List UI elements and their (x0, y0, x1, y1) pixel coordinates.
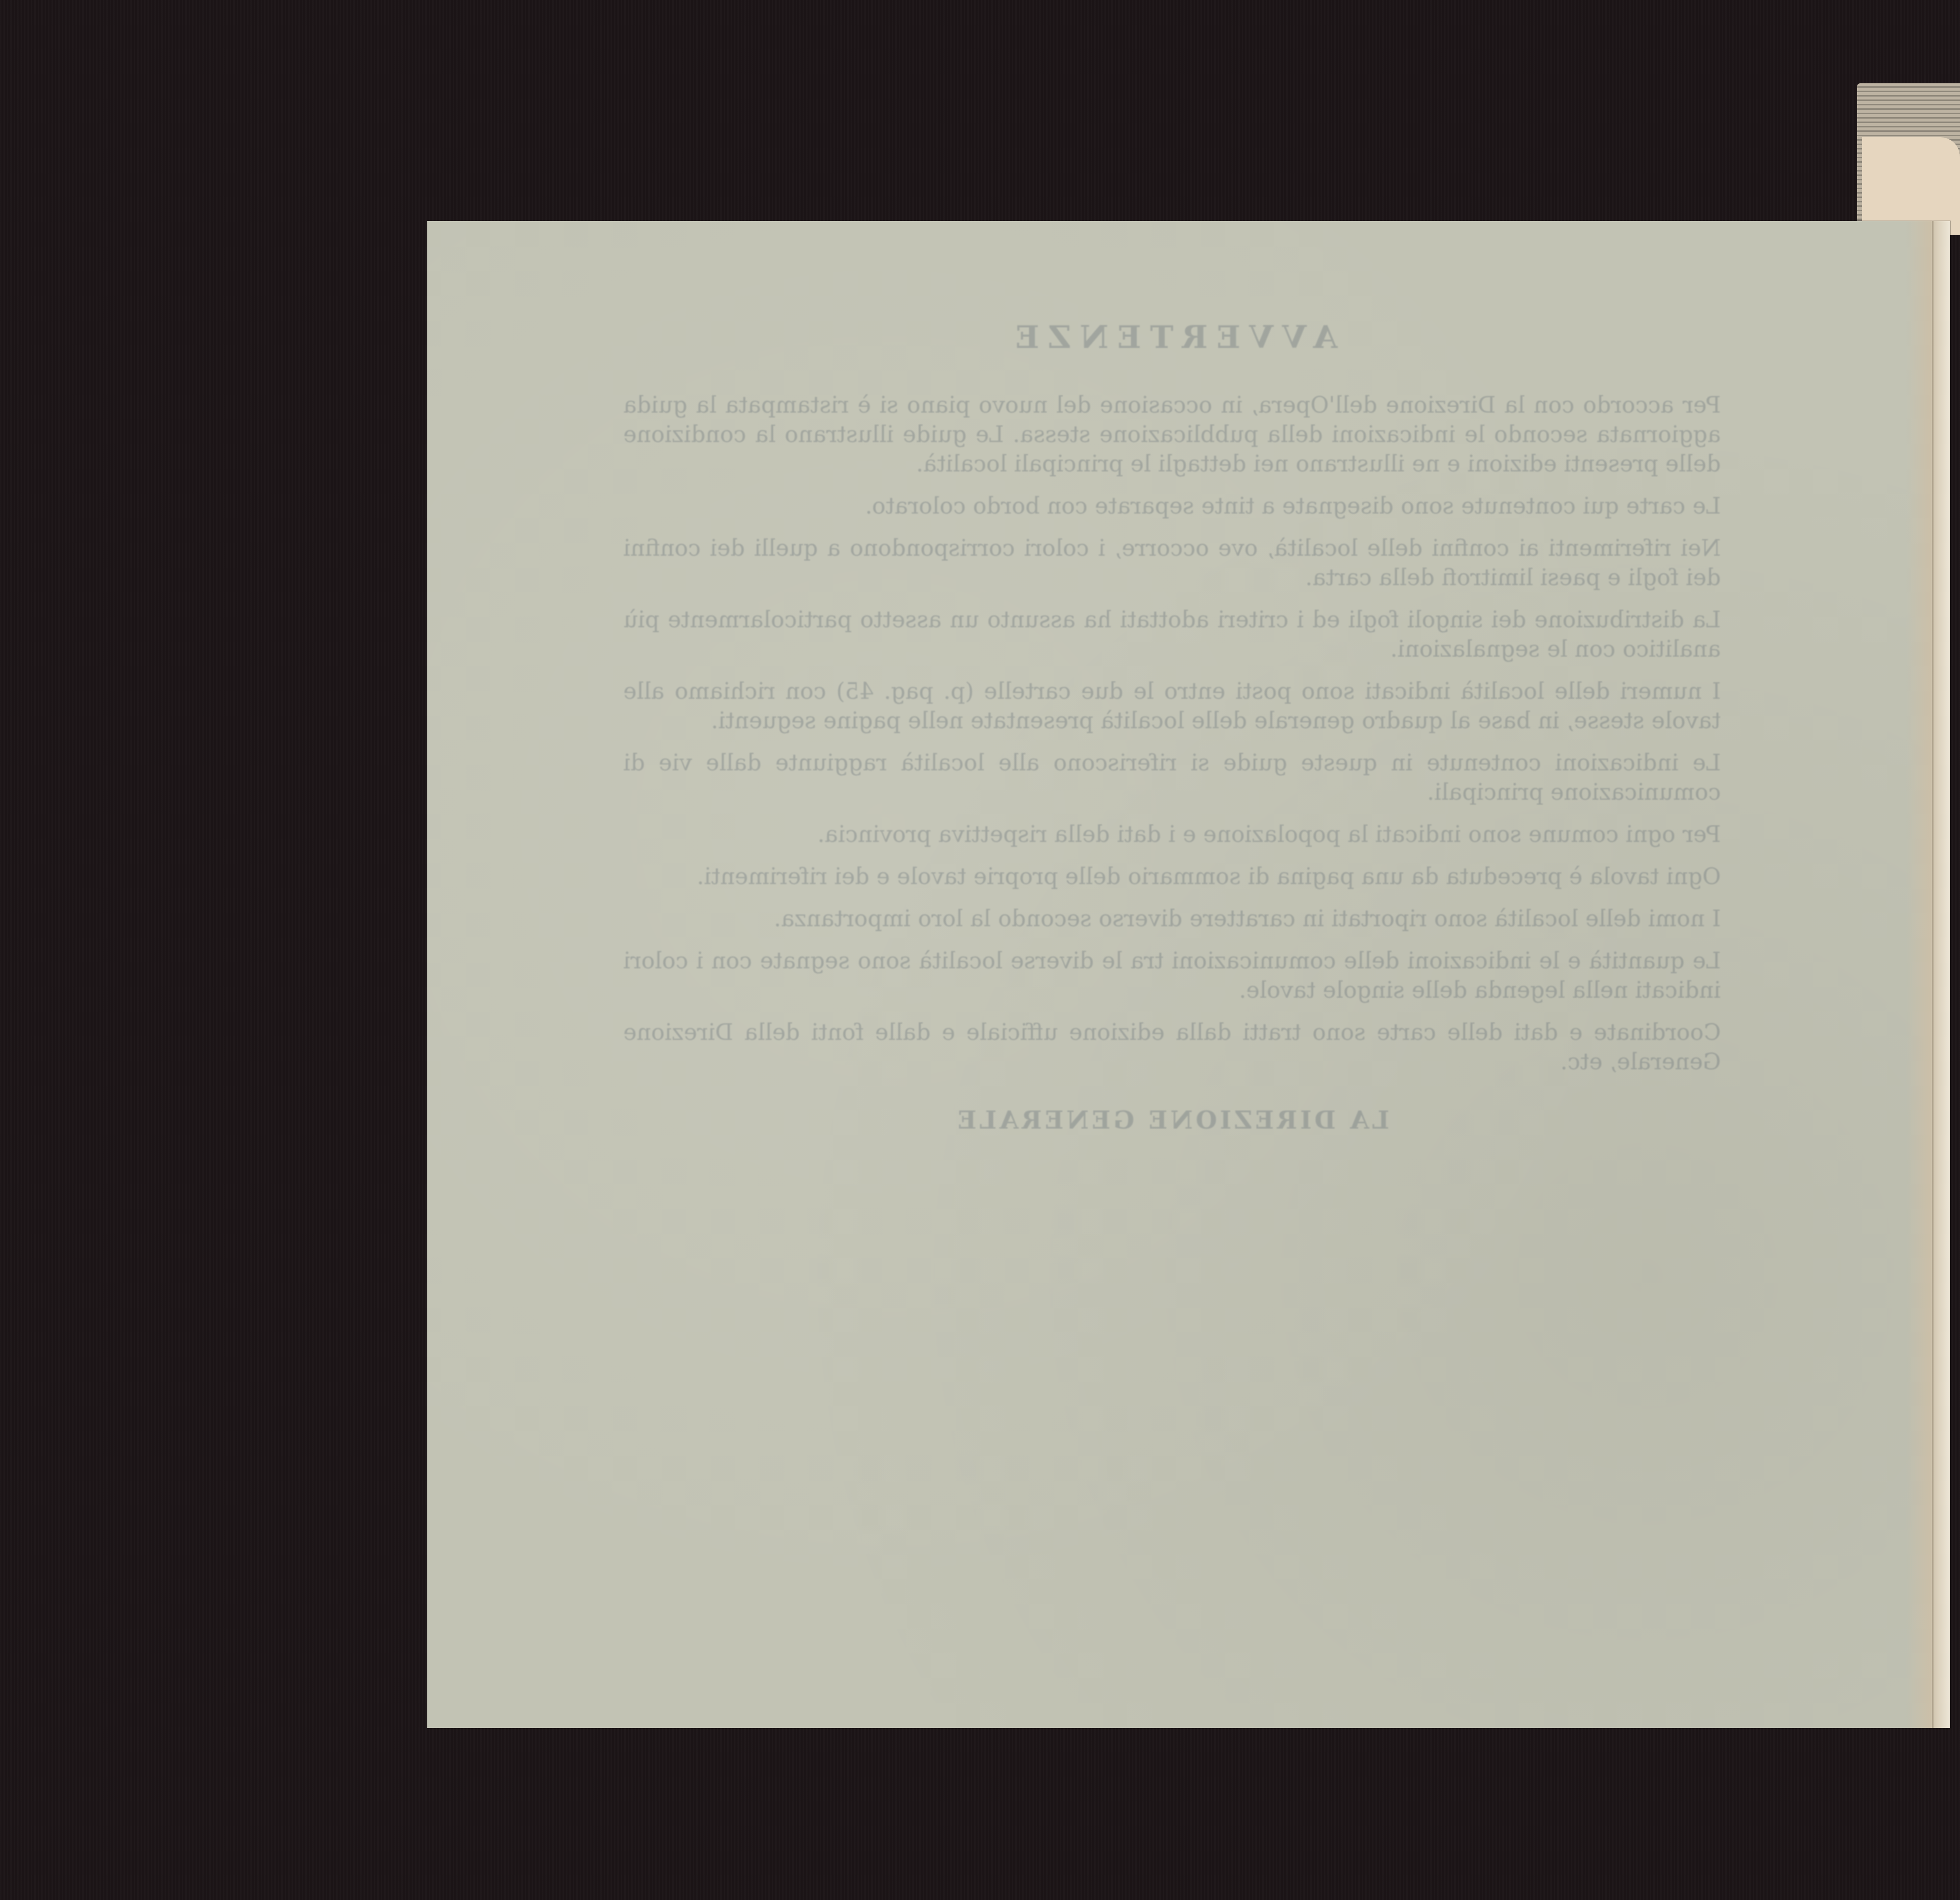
bleed-through-paragraph: I numeri delle località indicati sono po… (623, 676, 1721, 735)
blank-endpaper: AVVERTENZE Per accordo con la Direzione … (427, 221, 1950, 1728)
bleed-through-paragraph: Le carte qui contenute sono disegnate a … (623, 491, 1721, 520)
bleed-through-paragraph: La distribuzione dei singoli fogli ed i … (623, 605, 1721, 664)
bleed-through-paragraph: Coordinate e dati delle carte sono tratt… (623, 1017, 1721, 1076)
bleed-through-paragraph: Le quantità e le indicazioni delle comun… (623, 946, 1721, 1005)
page-edge-line (1932, 221, 1934, 1728)
back-page-corner (1862, 137, 1960, 235)
bleed-through-title: AVVERTENZE (623, 319, 1721, 356)
bleed-through-paragraph: I nomi delle località sono riportati in … (623, 904, 1721, 933)
bleed-through-paragraph: Le indicazioni contenute in queste guide… (623, 748, 1721, 807)
bleed-through-paragraph: Per accordo con la Direzione dell'Opera,… (623, 390, 1721, 478)
bleed-through-paragraph: Per ogni comune sono indicati la popolaz… (623, 819, 1721, 849)
bleed-through-paragraph: Ogni tavola è preceduta da una pagina di… (623, 862, 1721, 891)
bleed-through-signature: LA DIREZIONE GENERALE (623, 1106, 1721, 1135)
bleed-through-paragraph: Nei riferimenti ai confini delle localit… (623, 533, 1721, 592)
page-edge (1906, 221, 1950, 1728)
bleed-through-text: AVVERTENZE Per accordo con la Direzione … (623, 319, 1721, 1135)
